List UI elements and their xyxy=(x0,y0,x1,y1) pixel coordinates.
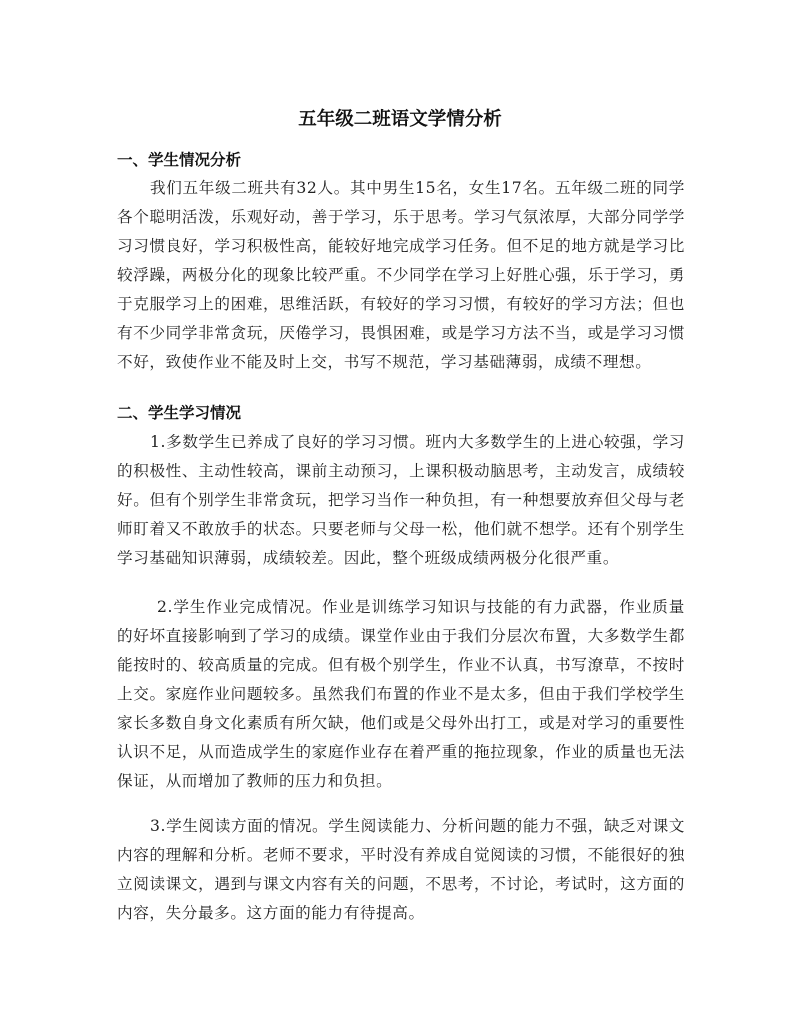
document-title: 五年级二班语文学情分析 xyxy=(0,106,800,134)
section-heading-student-situation: 一、学生情况分析 xyxy=(117,147,687,173)
section-heading-learning-situation: 二、学生学习情况 xyxy=(117,400,687,426)
paragraph-reading: 3.学生阅读方面的情况。学生阅读能力、分析问题的能力不强，缺乏对课文内容的理解和… xyxy=(117,812,685,928)
paragraph-student-situation: 我们五年级二班共有32人。其中男生15名，女生17名。五年级二班的同学各个聪明活… xyxy=(117,174,685,377)
document-page: 五年级二班语文学情分析 一、学生情况分析 我们五年级二班共有32人。其中男生15… xyxy=(0,0,800,1035)
paragraph-homework: 2.学生作业完成情况。作业是训练学习知识与技能的有力武器，作业质量的好坏直接影响… xyxy=(117,593,685,796)
paragraph-learning-habits: 1.多数学生已养成了良好的学习习惯。班内大多数学生的上进心较强，学习的积极性、主… xyxy=(117,428,685,573)
